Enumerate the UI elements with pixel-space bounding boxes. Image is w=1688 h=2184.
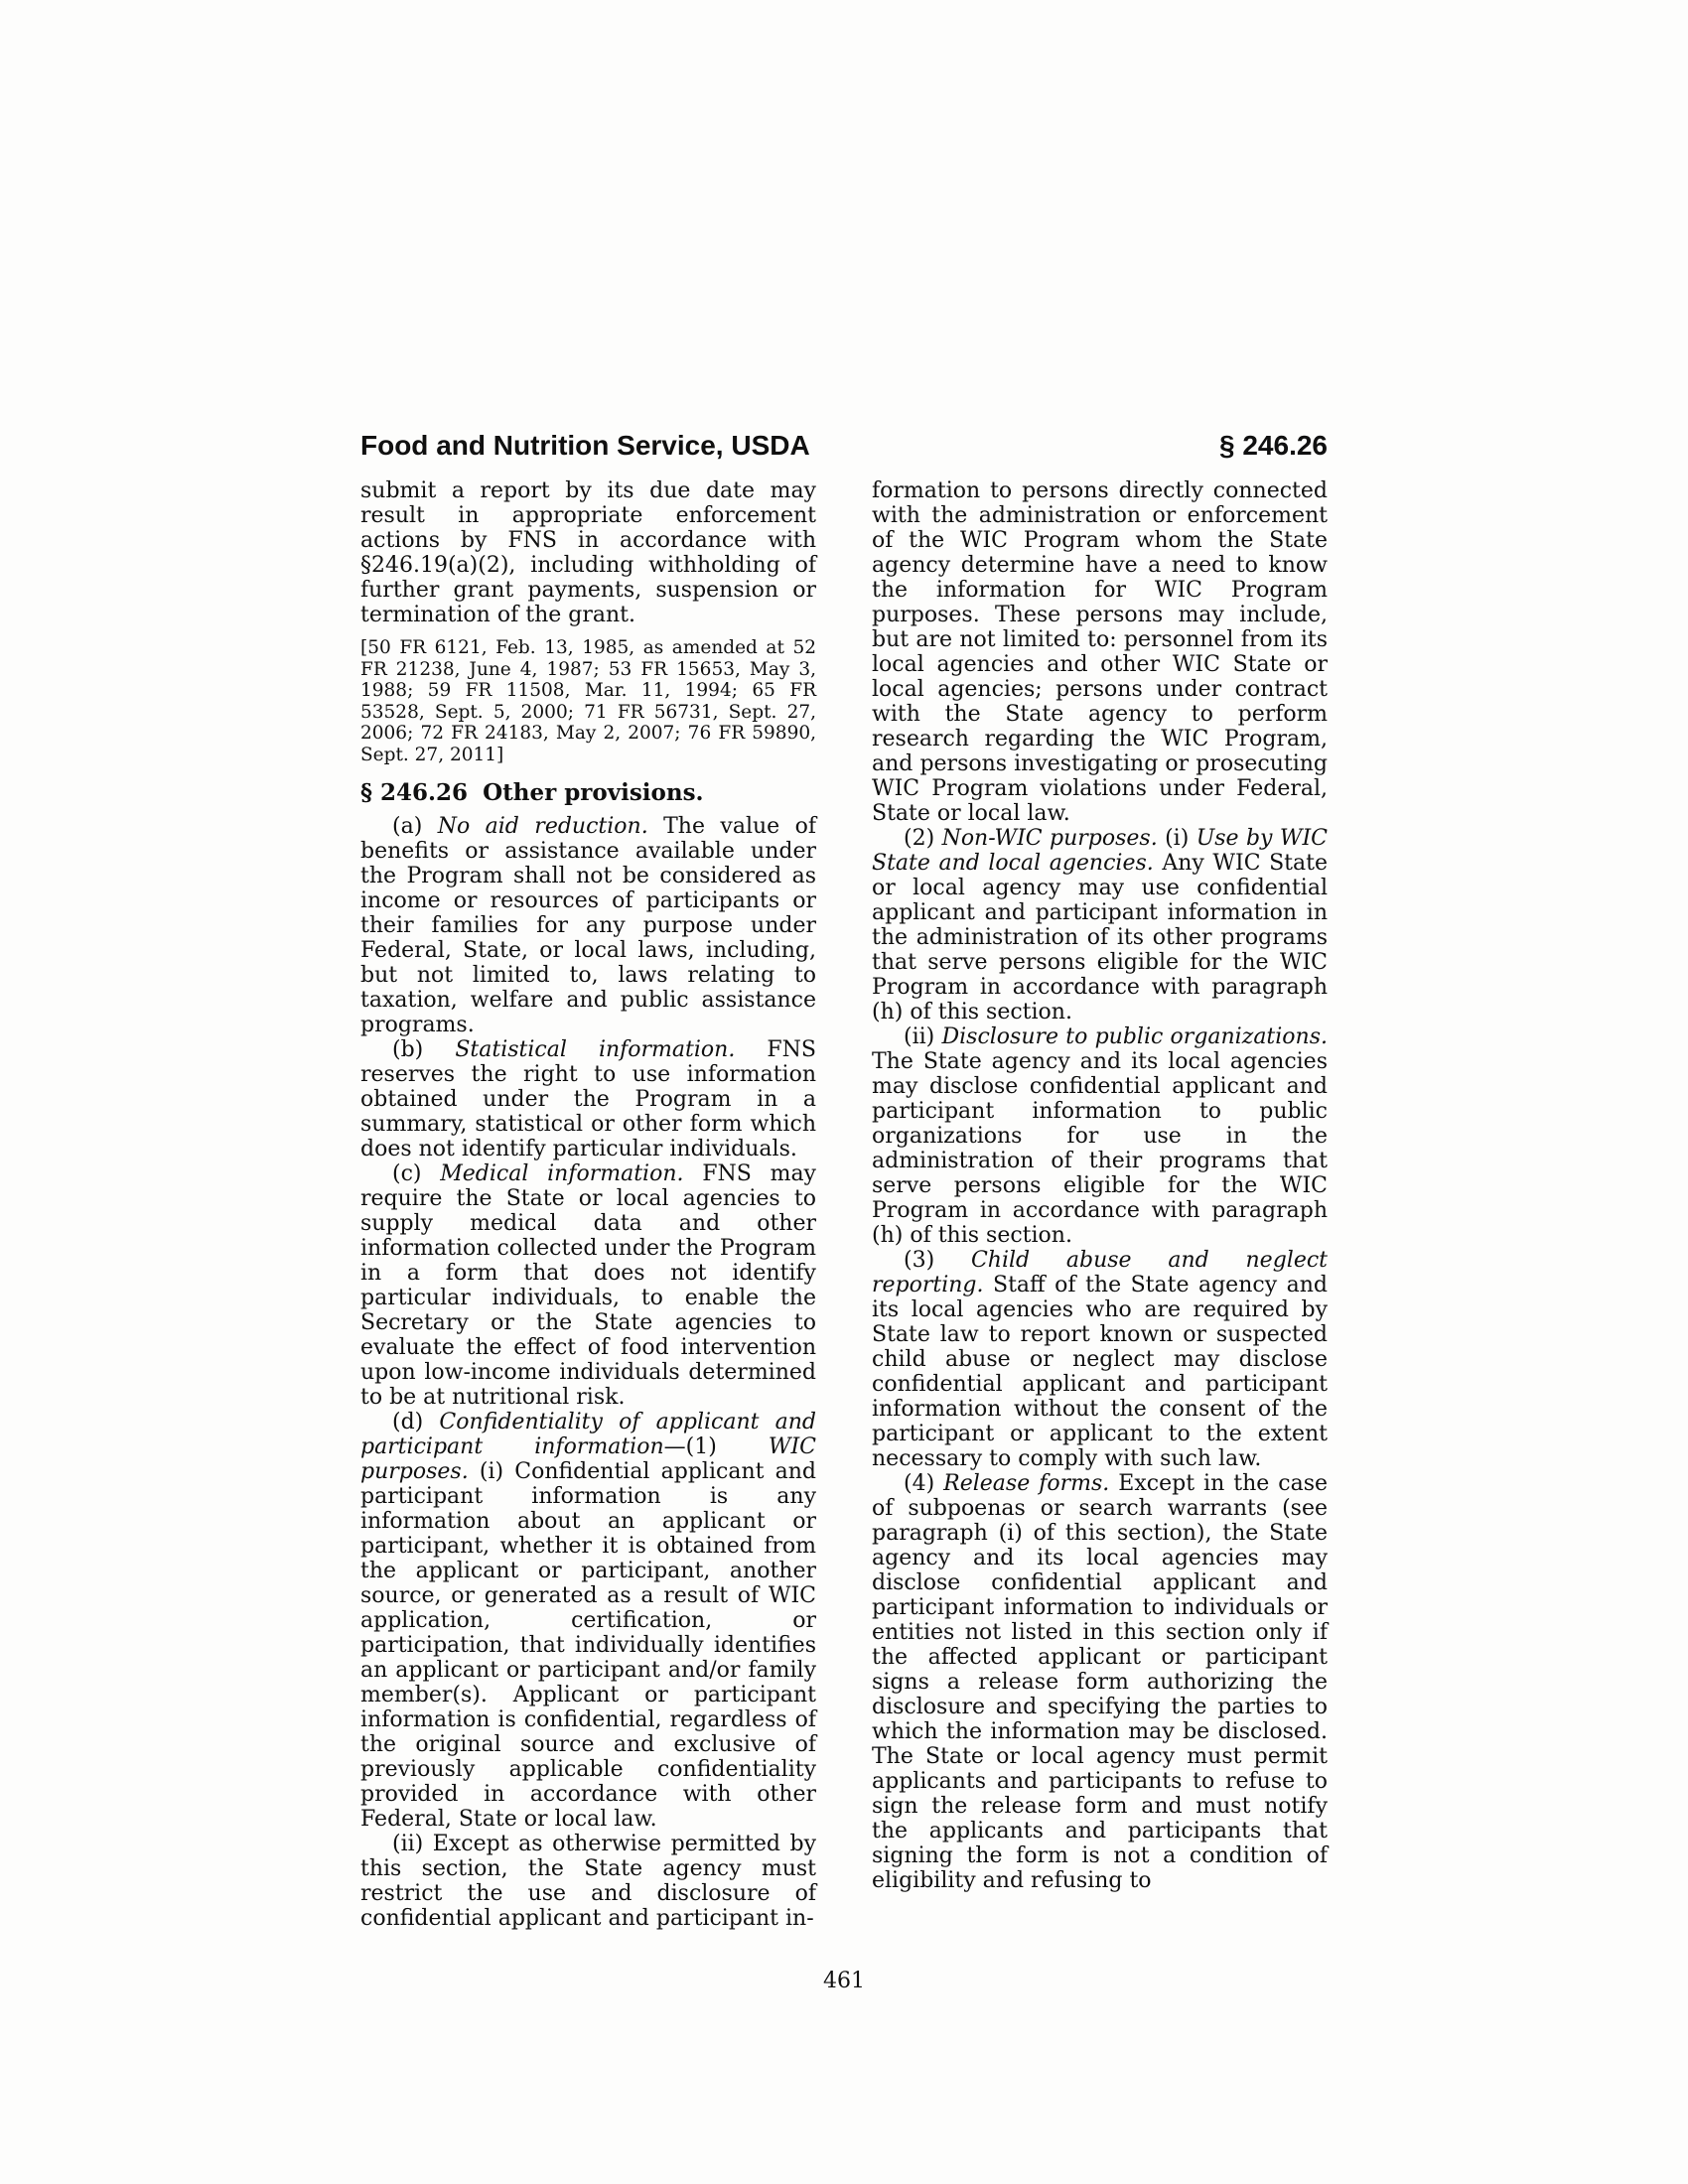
text-segment: No aid reduction. xyxy=(438,814,648,839)
text-segment: Disclosure to public organizations. xyxy=(941,1024,1328,1049)
paragraph: (3) Child abuse and neglect reporting. S… xyxy=(872,1248,1328,1471)
right-column: formation to persons directly connected … xyxy=(872,478,1328,1931)
paragraph: (ii) Except as otherwise permitted by th… xyxy=(360,1832,816,1931)
page-number: 461 xyxy=(360,1969,1328,1993)
running-header-title: Food and Nutrition Service, USDA xyxy=(360,430,810,462)
text-segment: Statistical information. xyxy=(455,1037,735,1062)
text-columns: submit a report by its due date may resu… xyxy=(360,478,1328,1931)
paragraph: (b) Statistical information. FNS reserve… xyxy=(360,1037,816,1161)
text-segment: The value of benefits or assistance avai… xyxy=(360,814,816,1037)
text-segment: Non-WIC purposes. xyxy=(942,826,1158,851)
running-header-section: § 246.26 xyxy=(1219,430,1328,462)
paragraph: (2) Non-WIC purposes. (i) Use by WIC Sta… xyxy=(872,826,1328,1024)
text-segment: (2) xyxy=(904,826,942,851)
text-segment: (b) xyxy=(392,1037,455,1062)
text-segment: (i) Confidential applicant and participa… xyxy=(360,1459,816,1832)
left-column: submit a report by its due date may resu… xyxy=(360,478,816,1931)
text-segment: Release forms. xyxy=(943,1471,1109,1496)
paragraph: (a) No aid reduction. The value of benef… xyxy=(360,814,816,1037)
text-segment: FNS may require the State or local agenc… xyxy=(360,1161,816,1410)
paragraph: (c) Medical information. FNS may require… xyxy=(360,1161,816,1410)
text-segment: Any WIC State or local agency may use co… xyxy=(872,851,1328,1024)
text-segment: (i) xyxy=(1158,826,1196,851)
text-segment: (d) xyxy=(392,1410,439,1434)
running-header: Food and Nutrition Service, USDA § 246.2… xyxy=(360,430,1328,462)
text-segment: Medical information. xyxy=(440,1161,683,1186)
text-segment: Staff of the State agency and its local … xyxy=(872,1273,1328,1471)
text-segment: formation to persons directly connected … xyxy=(872,478,1328,826)
text-segment: (3) xyxy=(904,1248,971,1273)
text-segment: (4) xyxy=(904,1471,943,1496)
text-segment: [50 FR 6121, Feb. 13, 1985, as amended a… xyxy=(360,637,816,765)
paragraph: submit a report by its due date may resu… xyxy=(360,478,816,627)
text-segment: —(1) xyxy=(664,1434,769,1459)
text-segment: Other provisions. xyxy=(483,779,704,806)
text-segment: The State agency and its local agencies … xyxy=(872,1049,1328,1248)
paragraph: (ii) Disclosure to public organizations.… xyxy=(872,1024,1328,1248)
text-segment: (c) xyxy=(392,1161,440,1186)
paragraph: (4) Release forms. Except in the case of… xyxy=(872,1471,1328,1893)
text-segment: submit a report by its due date may resu… xyxy=(360,478,816,627)
document-page: Food and Nutrition Service, USDA § 246.2… xyxy=(0,0,1688,2184)
text-segment: (ii) xyxy=(904,1024,941,1049)
paragraph: formation to persons directly connected … xyxy=(872,478,1328,826)
paragraph: (d) Confidentiality of applicant and par… xyxy=(360,1410,816,1832)
fr-citation: [50 FR 6121, Feb. 13, 1985, as amended a… xyxy=(360,637,816,765)
section-heading: § 246.26Other provisions. xyxy=(360,780,816,805)
text-segment: § 246.26 xyxy=(360,779,468,806)
text-segment: (ii) Except as otherwise permitted by th… xyxy=(360,1832,816,1931)
text-segment: Except in the case of subpoenas or searc… xyxy=(872,1471,1328,1893)
text-segment: (a) xyxy=(392,814,438,839)
